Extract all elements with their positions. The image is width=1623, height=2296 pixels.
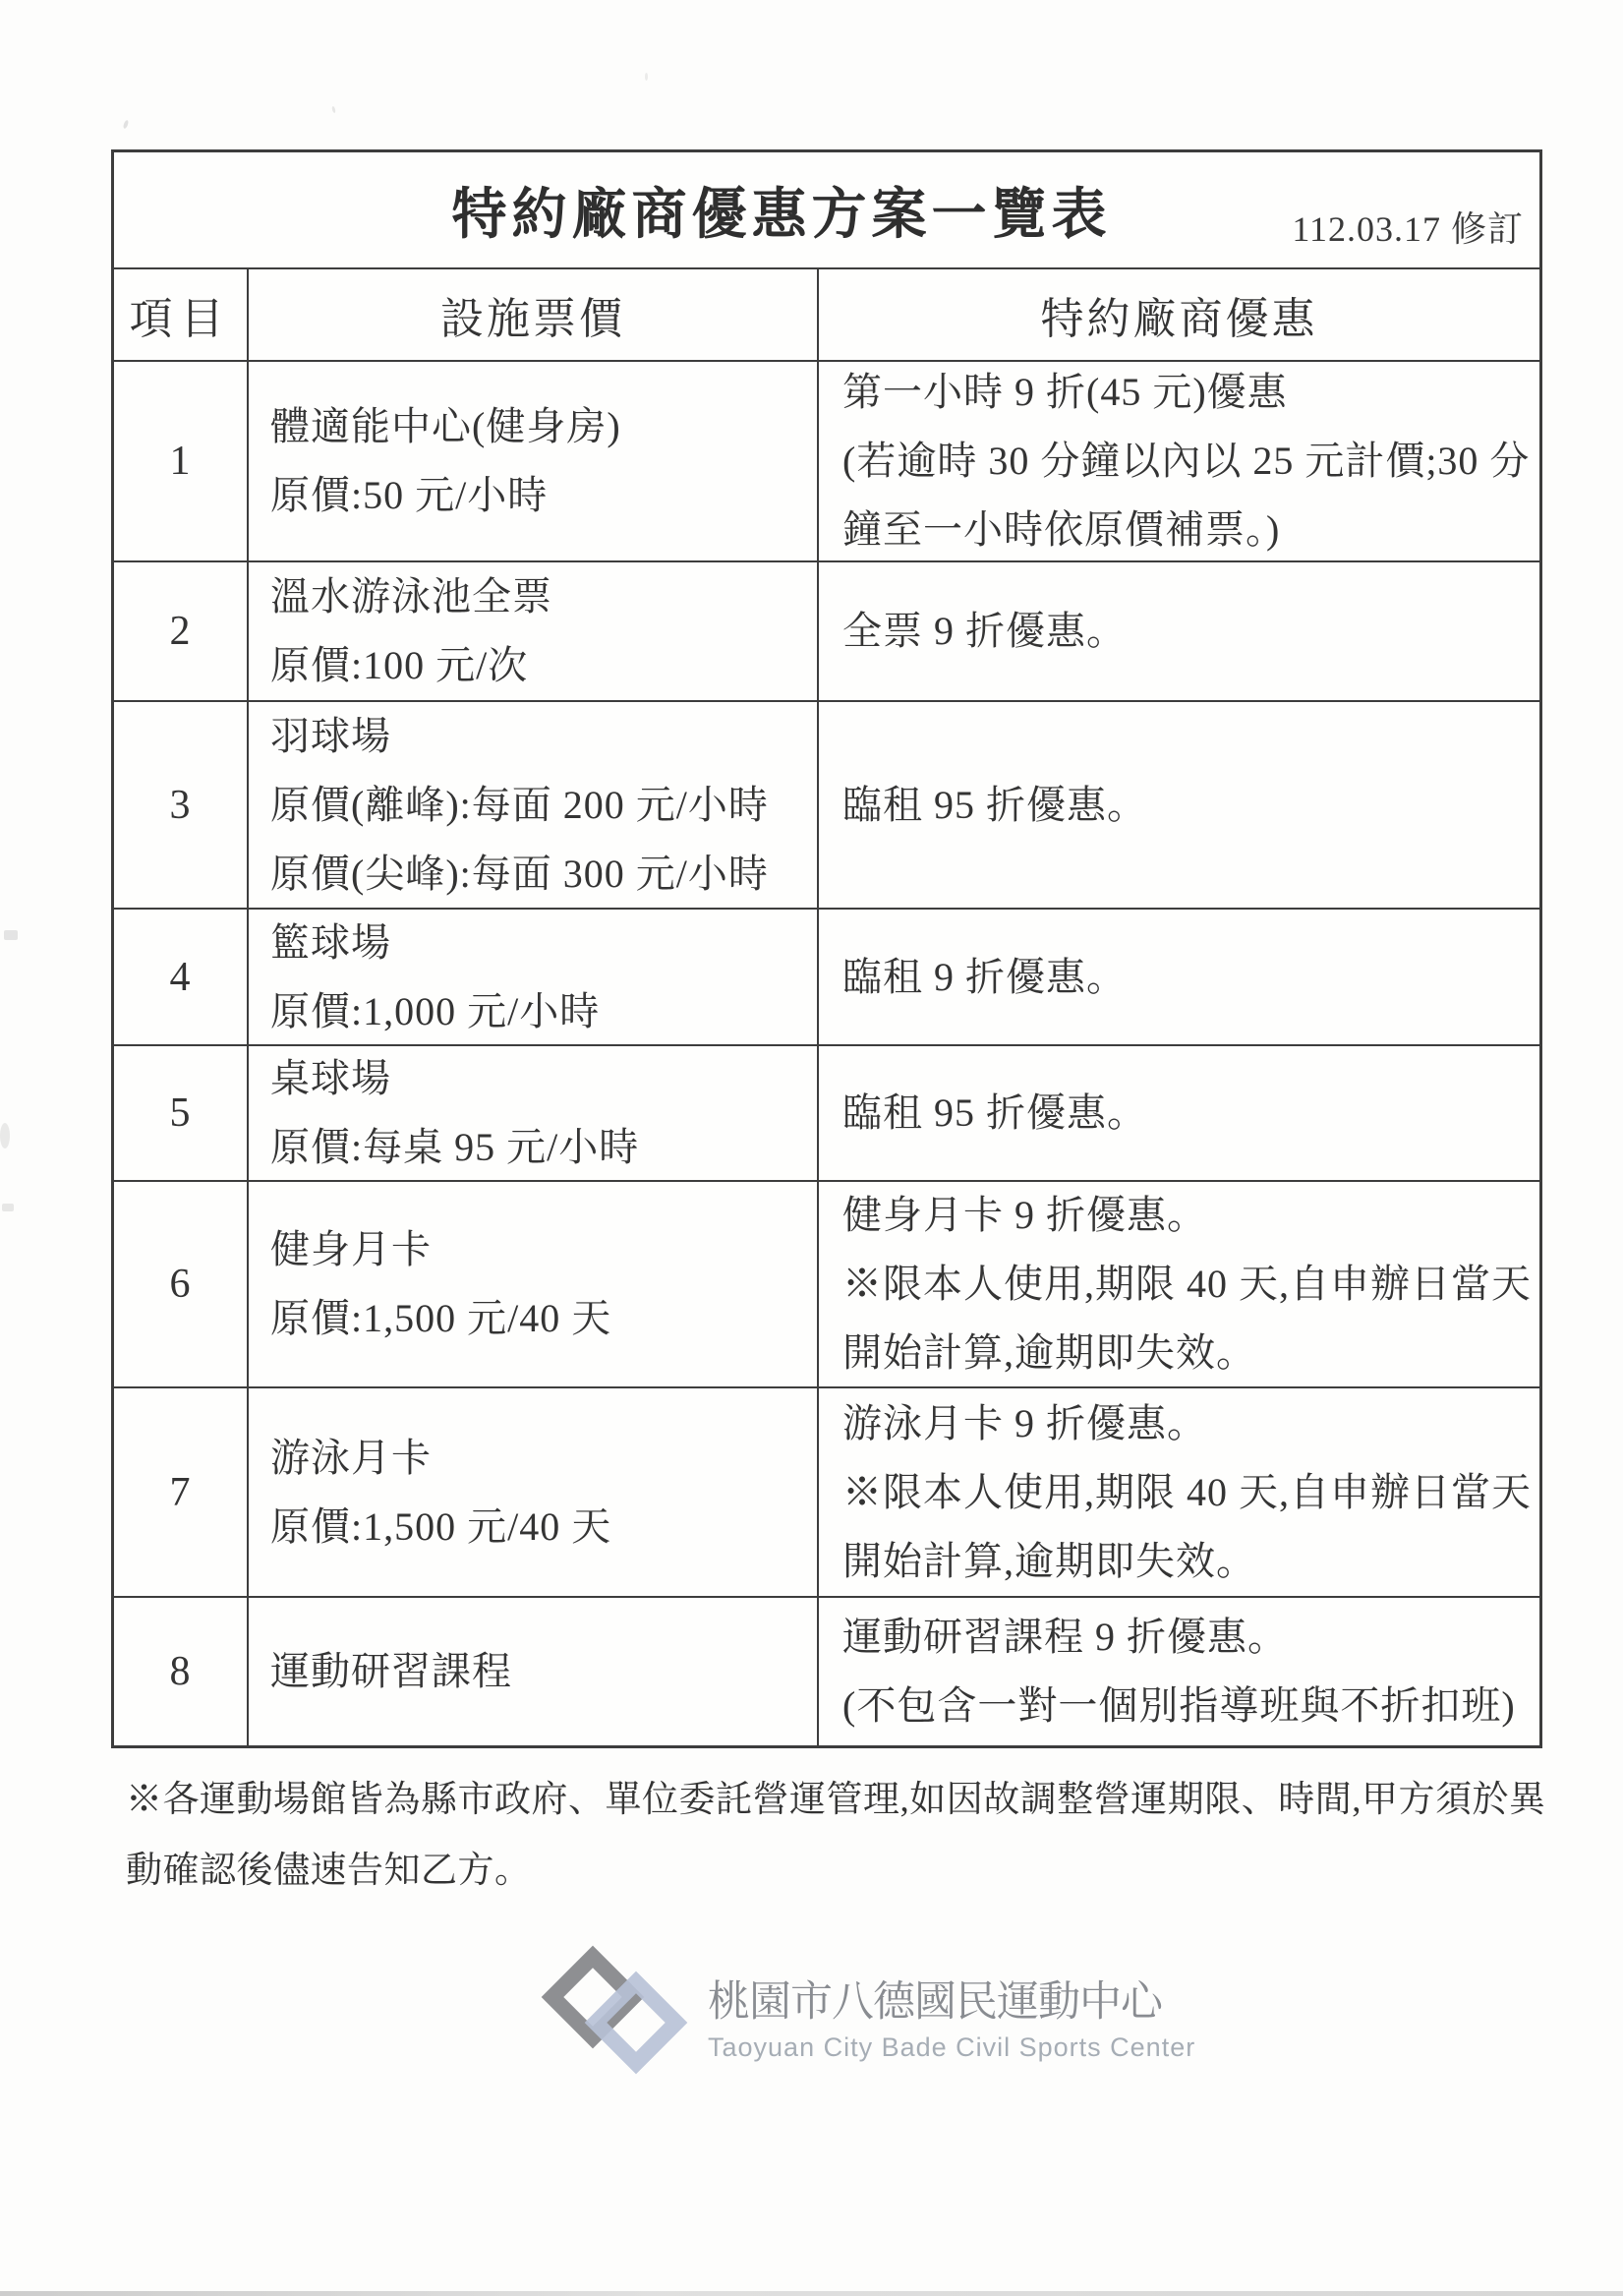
table-row: 3 羽球場 原價(離峰):每面 200 元/小時 原價(尖峰):每面 300 元…: [114, 700, 1539, 908]
discount-line: 第一小時 9 折(45 元)優惠: [842, 358, 1539, 427]
discount-cell: 第一小時 9 折(45 元)優惠 (若逾時 30 分鐘以內以 25 元計價;30…: [819, 362, 1539, 560]
discount-line: ※限本人使用,期限 40 天,自申辦日當天: [842, 1458, 1539, 1527]
table-row: 8 運動研習課程 運動研習課程 9 折優惠。 (不包含一對一個別指導班與不折扣班…: [114, 1596, 1539, 1745]
discount-line: 游泳月卡 9 折優惠。: [842, 1389, 1539, 1458]
facility-line: 原價(離峰):每面 200 元/小時: [270, 771, 817, 840]
discount-table: 特約廠商優惠方案一覽表 112.03.17 修訂 項目 設施票價 特約廠商優惠 …: [111, 149, 1542, 1748]
table-row: 4 籃球場 原價:1,000 元/小時 臨租 9 折優惠。: [114, 908, 1539, 1044]
item-number: 2: [170, 597, 192, 666]
scan-speck: [331, 106, 336, 114]
scan-speck: [4, 930, 18, 940]
facility-line: 溫水游泳池全票: [270, 562, 817, 631]
facility-line: 體適能中心(健身房): [270, 392, 817, 461]
logo-name-english: Taoyuan City Bade Civil Sports Center: [708, 2032, 1195, 2063]
item-number: 6: [170, 1250, 192, 1319]
column-header-item: 項目: [130, 283, 232, 346]
scanned-document-page: 特約廠商優惠方案一覽表 112.03.17 修訂 項目 設施票價 特約廠商優惠 …: [0, 0, 1623, 2296]
facility-line: 原價:50 元/小時: [270, 461, 817, 530]
discount-line: (若逾時 30 分鐘以內以 25 元計價;30 分: [842, 427, 1539, 496]
facility-cell: 籃球場 原價:1,000 元/小時: [249, 910, 819, 1044]
table-header-row: 項目 設施票價 特約廠商優惠: [114, 267, 1539, 360]
facility-line: 原價:100 元/次: [270, 631, 817, 700]
footnote-line: 動確認後儘速告知乙方。: [126, 1836, 1532, 1907]
facility-line: 羽球場: [270, 702, 817, 771]
facility-cell: 健身月卡 原價:1,500 元/40 天: [249, 1182, 819, 1386]
facility-cell: 運動研習課程: [249, 1598, 819, 1745]
table-row: 2 溫水游泳池全票 原價:100 元/次 全票 9 折優惠。: [114, 560, 1539, 700]
discount-line: 鐘至一小時依原價補票。): [842, 496, 1539, 564]
facility-line: 健身月卡: [270, 1215, 817, 1284]
page-title: 特約廠商優惠方案一覽表: [452, 171, 1202, 250]
table-title-row: 特約廠商優惠方案一覽表 112.03.17 修訂: [114, 152, 1539, 267]
facility-cell: 體適能中心(健身房) 原價:50 元/小時: [249, 362, 819, 560]
item-number: 1: [170, 427, 192, 496]
table-row: 7 游泳月卡 原價:1,500 元/40 天 游泳月卡 9 折優惠。 ※限本人使…: [114, 1386, 1539, 1596]
discount-line: (不包含一對一個別指導班與不折扣班): [842, 1672, 1539, 1740]
item-number: 4: [170, 943, 192, 1012]
discount-line: 臨租 95 折優惠。: [842, 771, 1539, 840]
discount-cell: 全票 9 折優惠。: [819, 562, 1539, 700]
discount-cell: 臨租 95 折優惠。: [819, 702, 1539, 908]
discount-cell: 臨租 9 折優惠。: [819, 910, 1539, 1044]
discount-cell: 健身月卡 9 折優惠。 ※限本人使用,期限 40 天,自申辦日當天 開始計算,逾…: [819, 1182, 1539, 1386]
column-header-facility: 設施票價: [440, 283, 625, 346]
discount-cell: 運動研習課程 9 折優惠。 (不包含一對一個別指導班與不折扣班): [819, 1598, 1539, 1745]
facility-line: 原價:1,000 元/小時: [270, 977, 817, 1046]
interlocking-diamonds-logo-icon: [543, 1939, 710, 2096]
facility-line: 籃球場: [270, 909, 817, 977]
sports-center-logo: 桃園市八德國民運動中心 Taoyuan City Bade Civil Spor…: [543, 1939, 1191, 2106]
discount-line: 臨租 95 折優惠。: [842, 1079, 1539, 1148]
facility-cell: 羽球場 原價(離峰):每面 200 元/小時 原價(尖峰):每面 300 元/小…: [249, 702, 819, 908]
facility-line: 原價:每桌 95 元/小時: [270, 1113, 817, 1182]
logo-name-chinese: 桃園市八德國民運動中心: [708, 1969, 1195, 2029]
discount-line: 運動研習課程 9 折優惠。: [842, 1603, 1539, 1672]
facility-cell: 游泳月卡 原價:1,500 元/40 天: [249, 1388, 819, 1596]
facility-line: 游泳月卡: [270, 1424, 817, 1493]
item-number: 8: [170, 1637, 192, 1706]
discount-line: 健身月卡 9 折優惠。: [842, 1181, 1539, 1250]
facility-line: 運動研習課程: [270, 1637, 817, 1706]
scan-speck: [0, 1123, 10, 1148]
discount-line: 臨租 9 折優惠。: [842, 943, 1539, 1012]
discount-cell: 游泳月卡 9 折優惠。 ※限本人使用,期限 40 天,自申辦日當天 開始計算,逾…: [819, 1388, 1539, 1596]
facility-line: 原價:1,500 元/40 天: [270, 1284, 817, 1353]
discount-cell: 臨租 95 折優惠。: [819, 1046, 1539, 1180]
facility-line: 原價:1,500 元/40 天: [270, 1493, 817, 1561]
facility-line: 桌球場: [270, 1044, 817, 1113]
item-number: 7: [170, 1458, 192, 1527]
item-number: 5: [170, 1079, 192, 1148]
discount-line: 全票 9 折優惠。: [842, 597, 1539, 666]
scan-bottom-edge-artifact: [0, 2291, 1623, 2296]
discount-line: 開始計算,逾期即失效。: [842, 1527, 1539, 1596]
footnote-line: ※各運動場館皆為縣市政府、單位委託營運管理,如因故調整營運期限、時間,甲方須於異: [126, 1765, 1532, 1836]
facility-cell: 桌球場 原價:每桌 95 元/小時: [249, 1046, 819, 1180]
scan-speck: [123, 120, 130, 130]
discount-line: ※限本人使用,期限 40 天,自申辦日當天: [842, 1250, 1539, 1319]
facility-line: 原價(尖峰):每面 300 元/小時: [270, 840, 817, 909]
table-row: 6 健身月卡 原價:1,500 元/40 天 健身月卡 9 折優惠。 ※限本人使…: [114, 1180, 1539, 1386]
table-row: 5 桌球場 原價:每桌 95 元/小時 臨租 95 折優惠。: [114, 1044, 1539, 1180]
table-row: 1 體適能中心(健身房) 原價:50 元/小時 第一小時 9 折(45 元)優惠…: [114, 360, 1539, 560]
discount-line: 開始計算,逾期即失效。: [842, 1319, 1539, 1387]
facility-cell: 溫水游泳池全票 原價:100 元/次: [249, 562, 819, 700]
revision-date: 112.03.17 修訂: [1292, 202, 1524, 252]
logo-text: 桃園市八德國民運動中心 Taoyuan City Bade Civil Spor…: [708, 1969, 1195, 2063]
column-header-discount: 特約廠商優惠: [1041, 283, 1318, 346]
item-number: 3: [170, 771, 192, 840]
scan-speck: [645, 73, 648, 81]
footnote: ※各運動場館皆為縣市政府、單位委託營運管理,如因故調整營運期限、時間,甲方須於異…: [126, 1765, 1532, 1907]
scan-speck: [2, 1204, 14, 1211]
